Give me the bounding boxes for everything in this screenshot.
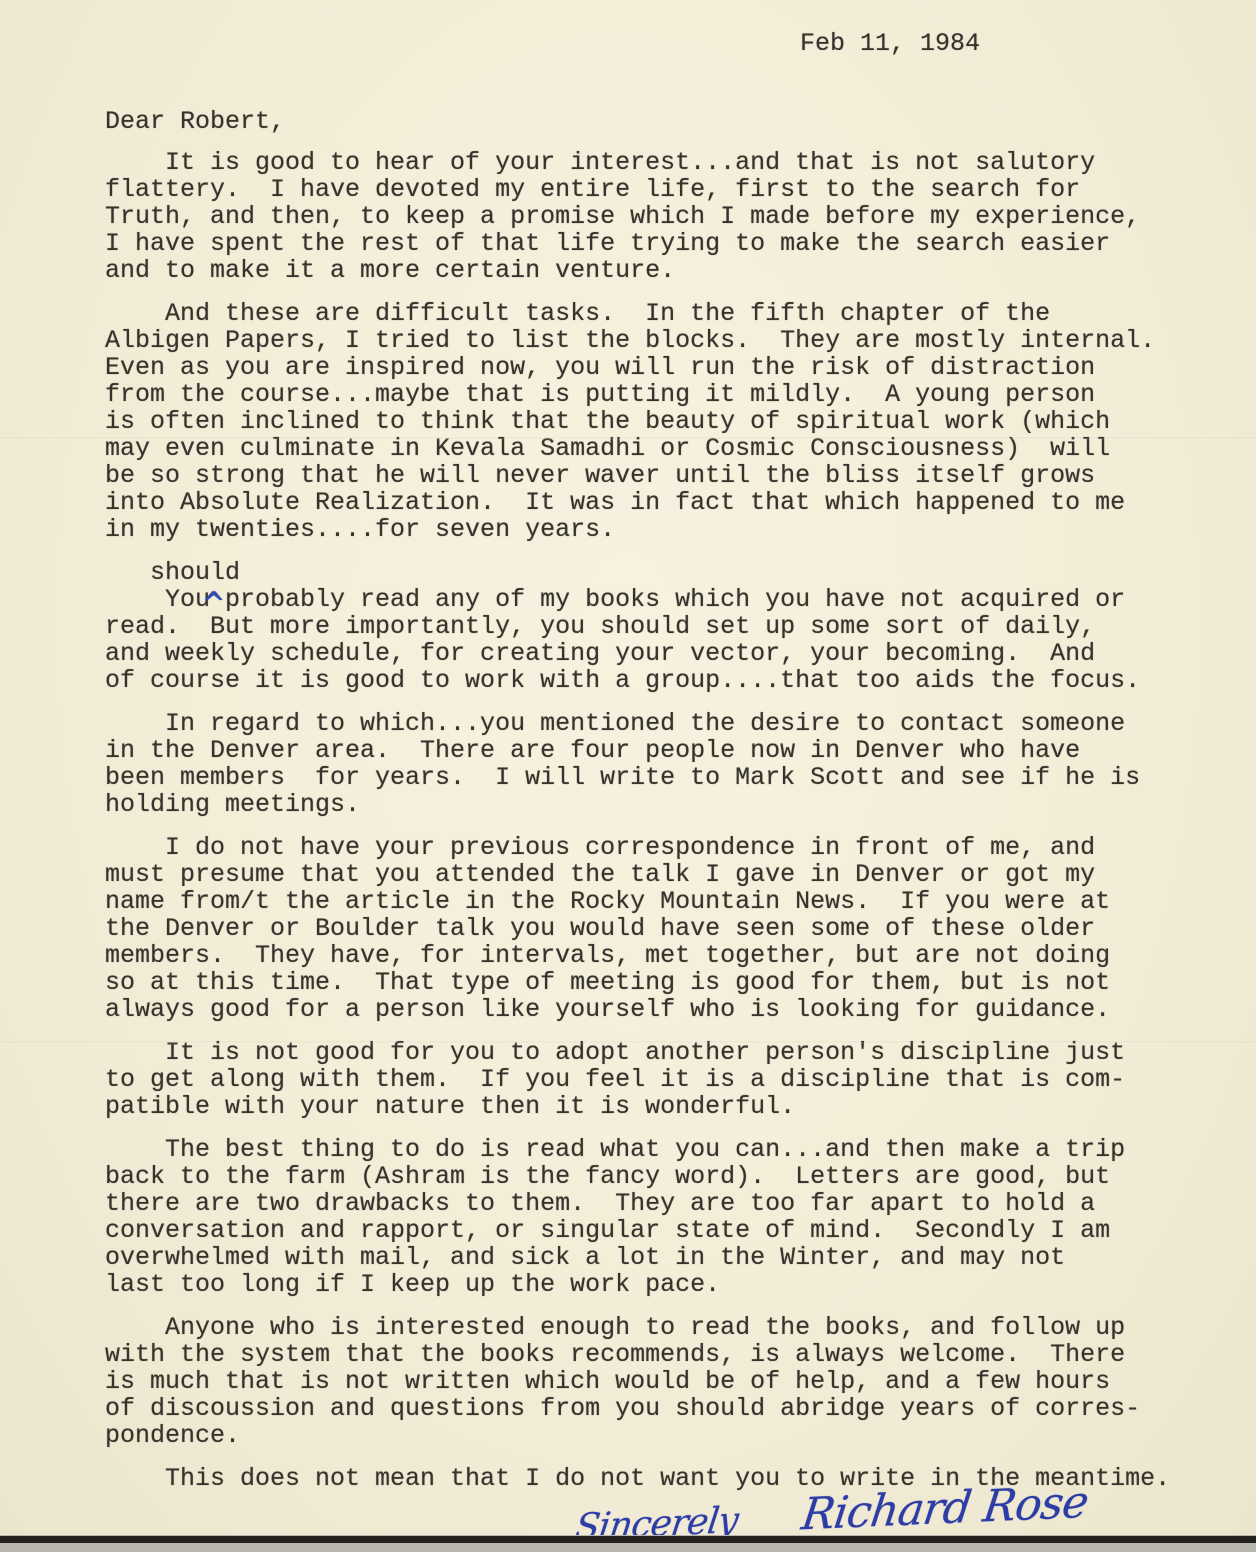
insertion-caret-mark: ^ (202, 588, 225, 619)
letter-line: members. They have, for intervals, met t… (105, 942, 1205, 969)
letter-line: and to make it a more certain venture. (105, 257, 1205, 284)
letter-line: with the system that the books recommend… (105, 1341, 1205, 1368)
letter-line: The best thing to do is read what you ca… (105, 1136, 1205, 1163)
letter-line: there are two drawbacks to them. They ar… (105, 1190, 1205, 1217)
letter-line: I have spent the rest of that life tryin… (105, 230, 1205, 257)
letter-line: flattery. I have devoted my entire life,… (105, 176, 1205, 203)
letter-line: pondence. (105, 1422, 1205, 1449)
letter-line: You probably read any of my books which … (105, 586, 1205, 613)
letter-line: Anyone who is interested enough to read … (105, 1314, 1205, 1341)
letter-paragraph: should You probably read any of my books… (105, 559, 1205, 694)
letter-line: should (105, 559, 1205, 586)
letter-line: read. But more importantly, you should s… (105, 613, 1205, 640)
letter-body: It is good to hear of your interest...an… (105, 149, 1205, 1492)
letter-line: It is not good for you to adopt another … (105, 1039, 1205, 1066)
letter-line: must presume that you attended the talk … (105, 861, 1205, 888)
letter-line: in my twenties....for seven years. (105, 516, 1205, 543)
letter-paragraph: It is not good for you to adopt another … (105, 1039, 1205, 1120)
letter-content: Dear Robert, It is good to hear of your … (105, 108, 1205, 1508)
letter-line: name from/t the article in the Rocky Mou… (105, 888, 1205, 915)
letter-paragraph: It is good to hear of your interest...an… (105, 149, 1205, 284)
letter-line: may even culminate in Kevala Samadhi or … (105, 435, 1205, 462)
letter-line: I do not have your previous corresponden… (105, 834, 1205, 861)
letter-line: to get along with them. If you feel it i… (105, 1066, 1205, 1093)
letter-line: It is good to hear of your interest...an… (105, 149, 1205, 176)
letter-paragraph: Anyone who is interested enough to read … (105, 1314, 1205, 1449)
letter-line: from the course...maybe that is putting … (105, 381, 1205, 408)
letter-line: last too long if I keep up the work pace… (105, 1271, 1205, 1298)
letter-line: conversation and rapport, or singular st… (105, 1217, 1205, 1244)
letter-line: in the Denver area. There are four peopl… (105, 737, 1205, 764)
letter-line: Albigen Papers, I tried to list the bloc… (105, 327, 1205, 354)
letter-line: the Denver or Boulder talk you would hav… (105, 915, 1205, 942)
letter-line: patible with your nature then it is wond… (105, 1093, 1205, 1120)
letter-line: be so strong that he will never waver un… (105, 462, 1205, 489)
letter-paragraph: The best thing to do is read what you ca… (105, 1136, 1205, 1298)
scanned-letter-page: Feb 11, 1984 Dear Robert, It is good to … (0, 0, 1256, 1552)
letter-date: Feb 11, 1984 (800, 30, 980, 57)
letter-line: overwhelmed with mail, and sick a lot in… (105, 1244, 1205, 1271)
letter-paragraph: I do not have your previous corresponden… (105, 834, 1205, 1023)
letter-line: of course it is good to work with a grou… (105, 667, 1205, 694)
letter-line: And these are difficult tasks. In the fi… (105, 300, 1205, 327)
letter-line: back to the farm (Ashram is the fancy wo… (105, 1163, 1205, 1190)
letter-line: In regard to which...you mentioned the d… (105, 710, 1205, 737)
letter-line: so at this time. That type of meeting is… (105, 969, 1205, 996)
letter-line: is much that is not written which would … (105, 1368, 1205, 1395)
letter-line: into Absolute Realization. It was in fac… (105, 489, 1205, 516)
letter-line: Truth, and then, to keep a promise which… (105, 203, 1205, 230)
letter-line: always good for a person like yourself w… (105, 996, 1205, 1023)
letter-salutation: Dear Robert, (105, 108, 1205, 135)
letter-line: is often inclined to think that the beau… (105, 408, 1205, 435)
scanner-edge-line (0, 1536, 1256, 1543)
letter-line: and weekly schedule, for creating your v… (105, 640, 1205, 667)
letter-line: holding meetings. (105, 791, 1205, 818)
letter-paragraph: In regard to which...you mentioned the d… (105, 710, 1205, 818)
letter-line: Even as you are inspired now, you will r… (105, 354, 1205, 381)
letter-line: been members for years. I will write to … (105, 764, 1205, 791)
letter-paragraph: And these are difficult tasks. In the fi… (105, 300, 1205, 543)
letter-line: of discoussion and questions from you sh… (105, 1395, 1205, 1422)
